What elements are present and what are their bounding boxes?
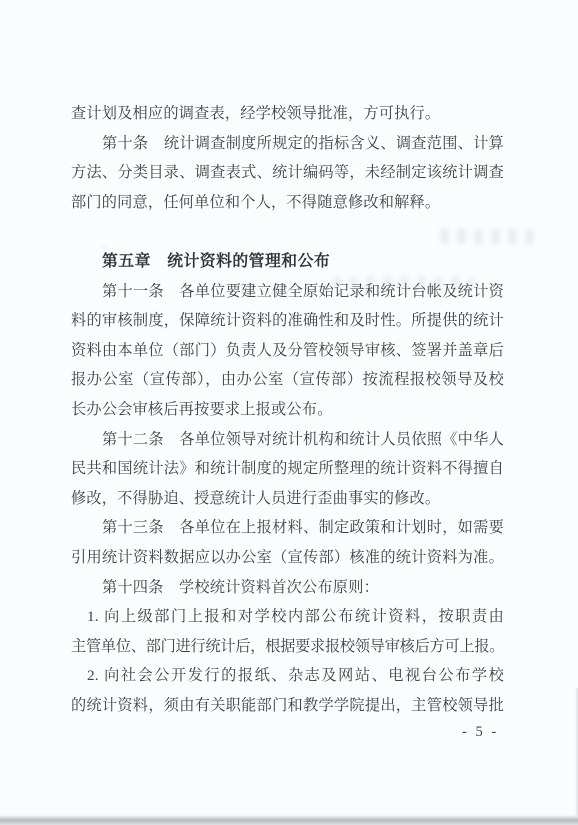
scanned-document-page: 查计划及相应的调查表，经学校领导批准，方可执行。 第十条 统计调查制度所规定的指… bbox=[0, 0, 578, 825]
doc-line: 第十四条 学校统计资料首次公布原则： bbox=[71, 573, 504, 603]
doc-line: 料的审核制度，保障统计资料的准确性和及时性。所提供的统计 bbox=[71, 306, 504, 336]
doc-line: 修改，不得胁迫、授意统计人员进行歪曲事实的修改。 bbox=[71, 484, 504, 514]
doc-line: 部门的同意，任何单位和个人，不得随意修改和解释。 bbox=[71, 188, 504, 218]
doc-line: 报办公室（宣传部），由办公室（宣传部）按流程报校领导及校 bbox=[71, 365, 504, 395]
doc-line: 长办公会审核后再按要求上报或公布。 bbox=[71, 395, 504, 425]
doc-line: 引用统计资料数据应以办公室（宣传部）核准的统计资料为准。 bbox=[71, 543, 504, 573]
page-number: - 5 - bbox=[462, 723, 497, 741]
doc-line: 第十三条 各单位在上报材料、制定政策和计划时，如需要 bbox=[71, 513, 504, 543]
doc-line: 查计划及相应的调查表，经学校领导批准，方可执行。 bbox=[71, 99, 504, 129]
doc-line: 主管单位、部门进行统计后，根据要求报校领导审核后方可上报。 bbox=[71, 632, 504, 662]
doc-line: 民共和国统计法》和统计制度的规定所整理的统计资料不得擅自 bbox=[71, 454, 504, 484]
doc-line: 1. 向上级部门上报和对学校内部公布统计资料，按职责由 bbox=[71, 602, 504, 632]
doc-line: 第十条 统计调查制度所规定的指标含义、调查范围、计算 bbox=[71, 129, 504, 159]
doc-line: 第十一条 各单位要建立健全原始记录和统计台帐及统计资 bbox=[71, 277, 504, 307]
document-body: 查计划及相应的调查表，经学校领导批准，方可执行。 第十条 统计调查制度所规定的指… bbox=[71, 99, 504, 720]
doc-line: 的统计资料，须由有关职能部门和教学学院提出，主管校领导批 bbox=[71, 691, 504, 721]
scan-edge-bottom bbox=[0, 815, 578, 825]
doc-line: 资料由本单位（部门）负责人及分管校领导审核、签署并盖章后 bbox=[71, 336, 504, 366]
doc-line: 第十二条 各单位领导对统计机构和统计人员依照《中华人 bbox=[71, 425, 504, 455]
doc-line: 方法、分类目录、调查表式、统计编码等，未经制定该统计调查 bbox=[71, 158, 504, 188]
chapter-heading: 第五章 统计资料的管理和公布 bbox=[71, 247, 504, 277]
doc-line: 2. 向社会公开发行的报纸、杂志及网站、电视台公布学校 bbox=[71, 661, 504, 691]
